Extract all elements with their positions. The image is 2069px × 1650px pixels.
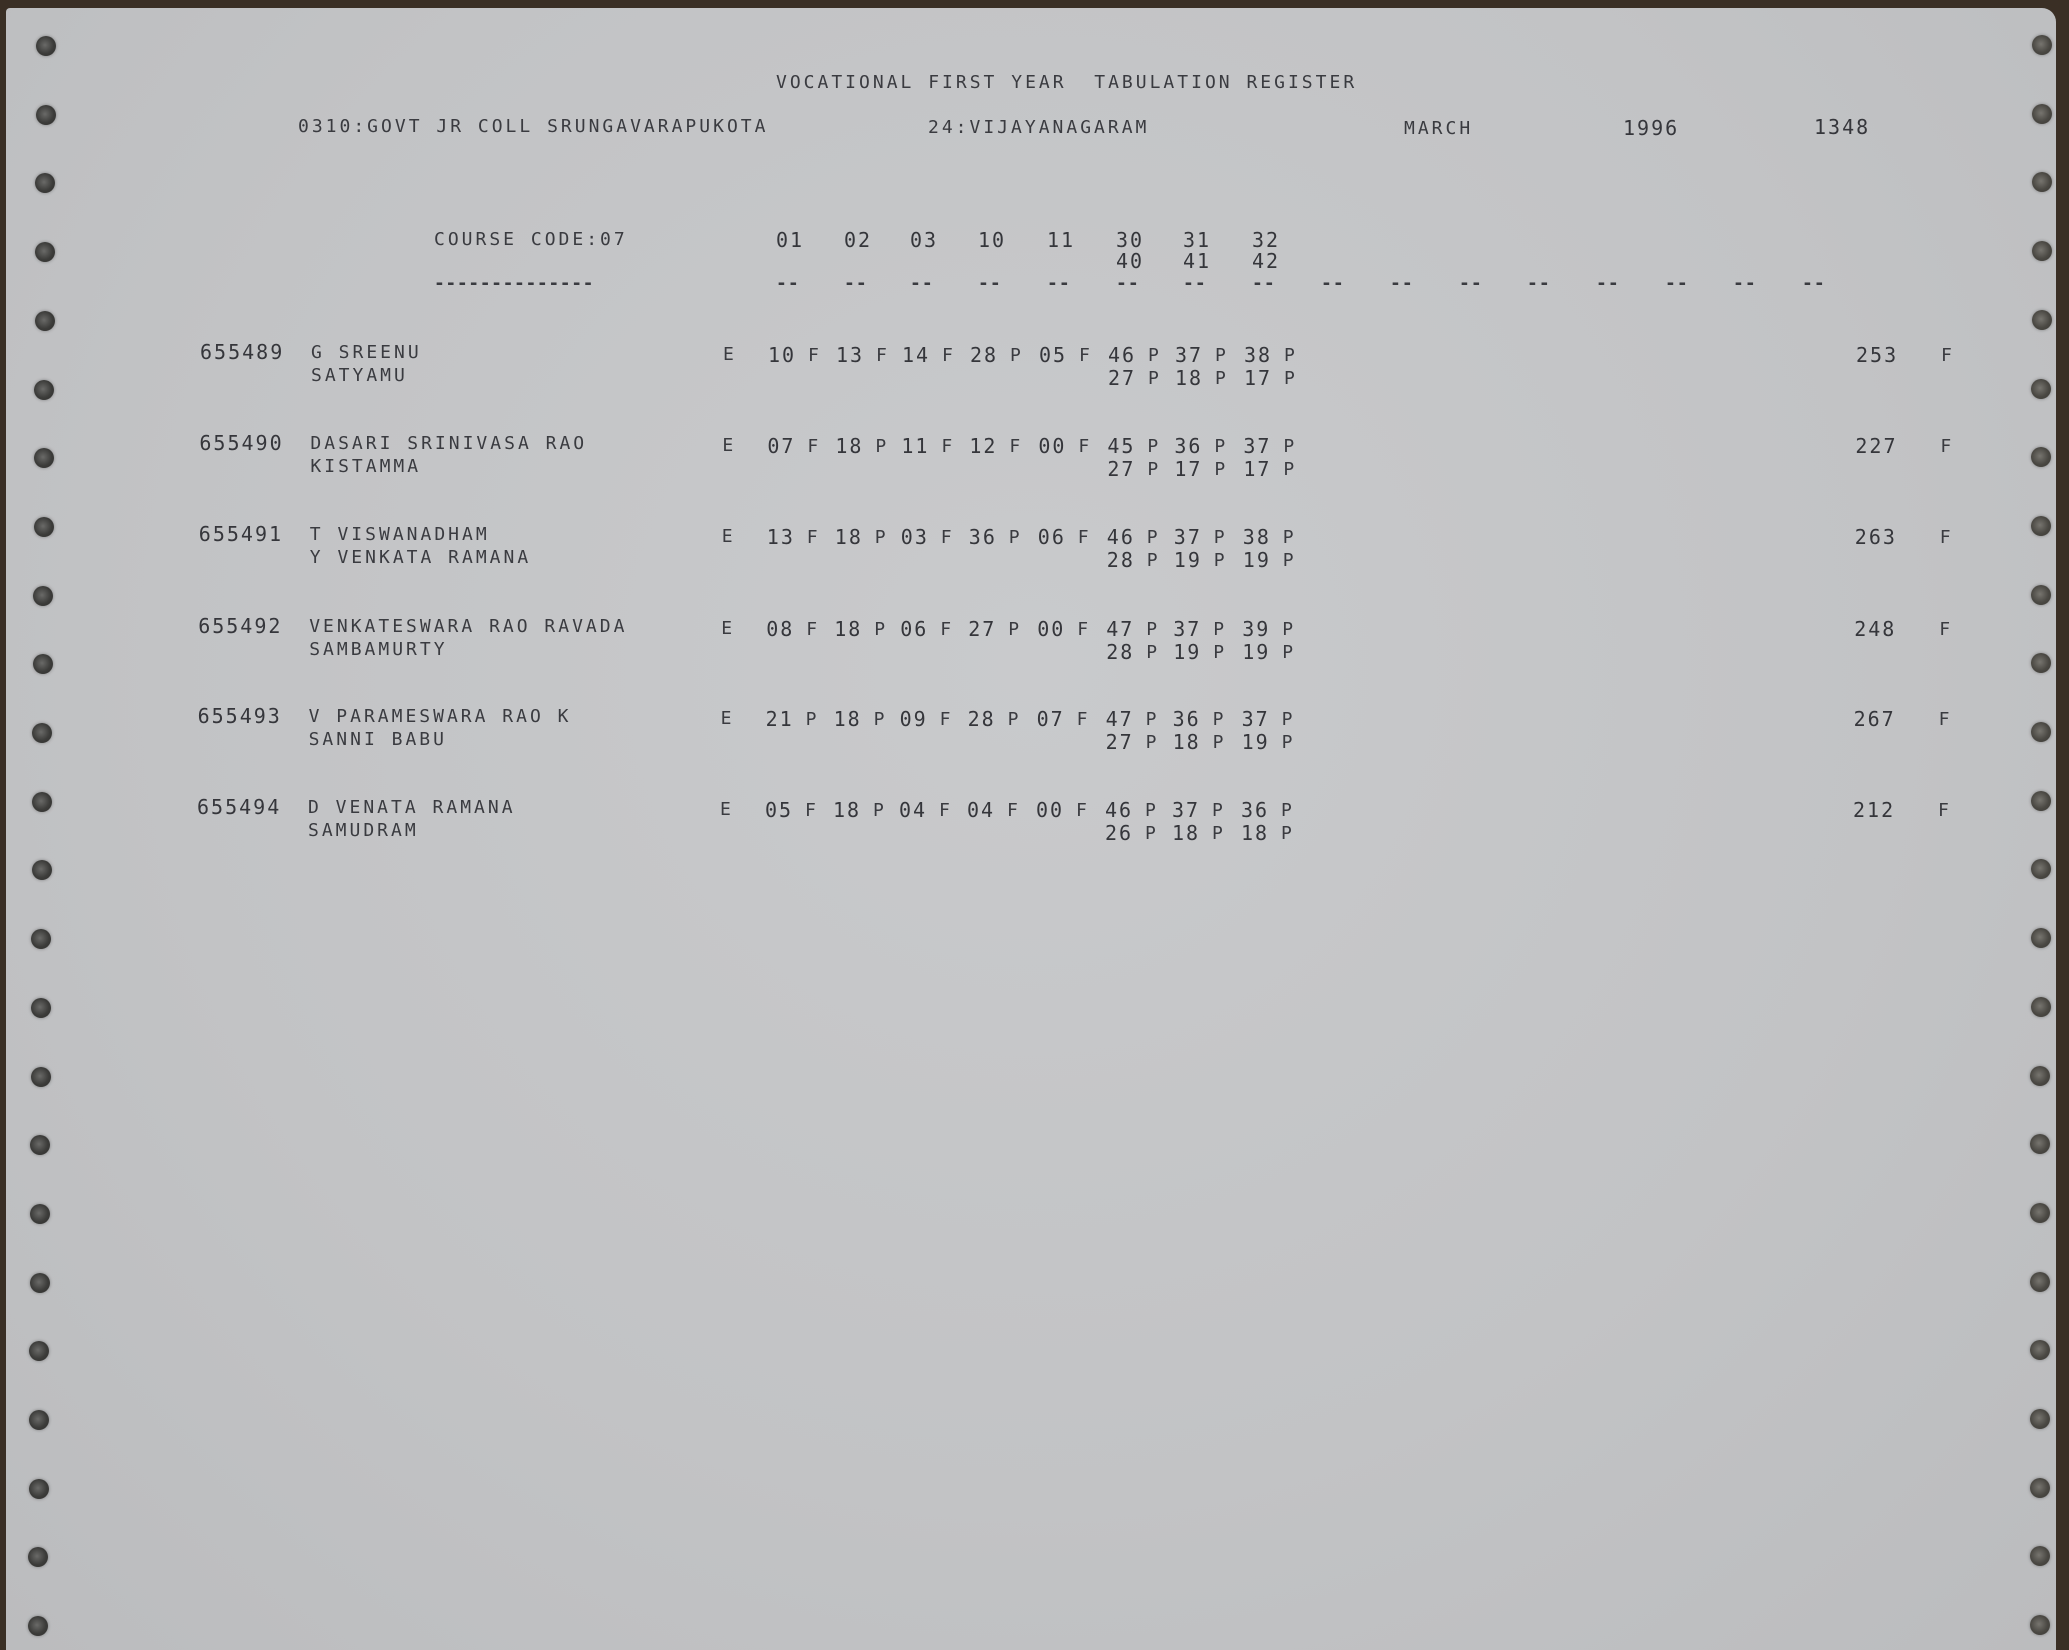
registration-number: 655491 (199, 524, 283, 544)
tractor-feed-hole-icon (29, 1479, 49, 1499)
total-marks: 248 (1854, 619, 1896, 639)
tractor-feed-hole-icon (31, 929, 51, 949)
subject-mark: 27 (1108, 368, 1136, 388)
parent-name: KISTAMMA (310, 457, 421, 477)
subject-mark: 00 (1038, 436, 1066, 456)
column-separator: -- (1183, 274, 1207, 294)
course-code-label: COURSE CODE:07 (434, 230, 628, 250)
column-separator: -- (1527, 274, 1551, 294)
subject-result: F (1078, 528, 1092, 548)
subject-result: P (874, 710, 888, 730)
subject-result: F (1077, 620, 1091, 640)
subject-result: P (1282, 733, 1296, 753)
subject-result: P (1284, 346, 1298, 366)
subject-result: F (805, 801, 819, 821)
college-name: 0310:GOVT JR COLL SRUNGAVARAPUKOTA (298, 117, 768, 137)
tractor-feed-hole-icon (2031, 516, 2051, 536)
subject-mark: 07 (1037, 709, 1065, 729)
subject-mark: 08 (766, 619, 794, 639)
subject-result: F (941, 437, 955, 457)
tractor-feed-hole-icon (31, 1067, 51, 1087)
column-separator: -- (1665, 274, 1689, 294)
subject-mark: 13 (836, 345, 864, 365)
registration-number: 655492 (198, 616, 282, 636)
subject-mark: 28 (970, 345, 998, 365)
final-result: F (1938, 801, 1952, 821)
subject-mark: 38 (1243, 527, 1271, 547)
column-separator: -- (1596, 274, 1620, 294)
subject-result: F (941, 528, 955, 548)
subject-result: P (874, 620, 888, 640)
subject-result: P (1213, 733, 1227, 753)
subject-result: P (1214, 551, 1228, 571)
subject-result: P (1008, 710, 1022, 730)
page-number: 1348 (1814, 117, 1870, 137)
subject-mark: 37 (1172, 800, 1200, 820)
subject-mark: 27 (968, 619, 996, 639)
parent-name: SANNI BABU (309, 730, 447, 750)
subject-code: 03 (910, 230, 938, 250)
tractor-feed-hole-icon (34, 517, 54, 537)
tractor-feed-hole-icon (34, 380, 54, 400)
tractor-feed-hole-icon (2030, 1203, 2050, 1223)
student-name: DASARI SRINIVASA RAO (310, 434, 587, 454)
medium-code: E (721, 619, 735, 639)
subject-mark: 19 (1242, 642, 1270, 662)
subject-result: P (1147, 437, 1161, 457)
subject-mark: 04 (899, 800, 927, 820)
subject-mark: 18 (835, 527, 863, 547)
tractor-feed-hole-icon (2031, 791, 2051, 811)
subject-result: P (1147, 528, 1161, 548)
subject-mark: 06 (900, 619, 928, 639)
registration-number: 655494 (197, 797, 281, 817)
subject-mark: 19 (1173, 642, 1201, 662)
subject-mark: 12 (969, 436, 997, 456)
medium-code: E (723, 345, 737, 365)
subject-result: P (875, 528, 889, 548)
final-result: F (1939, 710, 1953, 730)
subject-mark: 47 (1106, 619, 1134, 639)
tractor-feed-hole-icon (2030, 1478, 2050, 1498)
subject-mark: 17 (1243, 459, 1271, 479)
tractor-feed-hole-icon (2031, 585, 2051, 605)
tractor-feed-hole-icon (2030, 1546, 2050, 1566)
subject-result: P (1283, 528, 1297, 548)
subject-result: P (1008, 620, 1022, 640)
tractor-feed-hole-icon (32, 792, 52, 812)
column-separator: -- (1321, 274, 1345, 294)
tractor-feed-hole-icon (29, 1341, 49, 1361)
column-separator: -- (1116, 274, 1140, 294)
tractor-feed-hole-icon (36, 105, 56, 125)
register-title: VOCATIONAL FIRST YEAR TABULATION REGISTE… (776, 73, 1357, 93)
tractor-feed-hole-icon (2032, 104, 2052, 124)
subject-mark: 03 (901, 527, 929, 547)
column-separator: -- (1390, 274, 1414, 294)
subject-result: F (806, 620, 820, 640)
subject-result: F (807, 528, 821, 548)
subject-result: P (1145, 801, 1159, 821)
subject-result: P (875, 437, 889, 457)
subject-mark: 07 (767, 436, 795, 456)
subject-result: P (1213, 620, 1227, 640)
column-separator: -- (844, 274, 868, 294)
column-separator: -- (978, 274, 1002, 294)
column-separator: -- (1733, 274, 1757, 294)
column-separator: -- (1047, 274, 1071, 294)
subject-result: F (807, 437, 821, 457)
registration-number: 655490 (199, 433, 283, 453)
subject-result: P (1215, 346, 1229, 366)
subject-result: F (940, 620, 954, 640)
subject-mark: 36 (969, 527, 997, 547)
tractor-feed-hole-icon (2030, 1272, 2050, 1292)
subject-mark: 46 (1105, 800, 1133, 820)
subject-result: P (1145, 824, 1159, 844)
tractor-feed-hole-icon (2032, 241, 2052, 261)
subject-result: F (876, 346, 890, 366)
medium-code: E (721, 709, 735, 729)
subject-result: P (1212, 824, 1226, 844)
tractor-feed-hole-icon (36, 36, 56, 56)
tractor-feed-hole-icon (32, 723, 52, 743)
subject-result: P (873, 801, 887, 821)
subject-result: P (1283, 437, 1297, 457)
total-marks: 212 (1853, 800, 1895, 820)
student-name: D VENATA RAMANA (308, 798, 516, 818)
tractor-feed-hole-icon (2032, 172, 2052, 192)
subject-mark: 18 (1175, 368, 1203, 388)
printout-sheet: VOCATIONAL FIRST YEAR TABULATION REGISTE… (6, 8, 2056, 1650)
tractor-feed-hole-icon (2030, 1409, 2050, 1429)
course-code-underline: -------------- (434, 274, 594, 294)
subject-result: F (808, 346, 822, 366)
subject-mark: 27 (1107, 459, 1135, 479)
subject-result: F (1078, 437, 1092, 457)
column-separator: -- (1459, 274, 1483, 294)
subject-result: F (1009, 437, 1023, 457)
medium-code: E (720, 800, 734, 820)
district-name: 24:VIJAYANAGARAM (928, 118, 1149, 138)
subject-mark: 05 (765, 800, 793, 820)
subject-mark: 17 (1174, 459, 1202, 479)
tractor-feed-hole-icon (35, 242, 55, 262)
subject-mark: 46 (1107, 527, 1135, 547)
total-marks: 227 (1855, 436, 1897, 456)
subject-result: P (1148, 346, 1162, 366)
subject-mark: 39 (1242, 619, 1270, 639)
parent-name: SATYAMU (311, 366, 408, 386)
final-result: F (1941, 346, 1955, 366)
subject-mark: 45 (1107, 436, 1135, 456)
subject-mark: 37 (1243, 436, 1271, 456)
subject-result: P (1213, 710, 1227, 730)
subject-code: 30 (1116, 230, 1144, 250)
parent-name: SAMUDRAM (308, 821, 419, 841)
subject-result: F (1076, 801, 1090, 821)
subject-mark: 17 (1244, 368, 1272, 388)
subject-code: 32 (1252, 230, 1280, 250)
tractor-feed-hole-icon (2031, 859, 2051, 879)
tractor-feed-hole-icon (2030, 1134, 2050, 1154)
tractor-feed-hole-icon (2031, 928, 2051, 948)
subject-result: P (806, 710, 820, 730)
subject-mark: 14 (902, 345, 930, 365)
subject-mark: 10 (768, 345, 796, 365)
subject-mark: 00 (1036, 800, 1064, 820)
tractor-feed-hole-icon (30, 1204, 50, 1224)
total-marks: 263 (1855, 527, 1897, 547)
subject-mark: 19 (1242, 732, 1270, 752)
tractor-feed-hole-icon (34, 448, 54, 468)
student-name: T VISWANADHAM (310, 525, 490, 545)
subject-code: 10 (978, 230, 1006, 250)
subject-mark: 21 (766, 709, 794, 729)
subject-code: 01 (776, 230, 804, 250)
tractor-feed-hole-icon (29, 1410, 49, 1430)
subject-mark: 37 (1242, 709, 1270, 729)
subject-result: F (939, 801, 953, 821)
exam-year: 1996 (1623, 118, 1679, 138)
medium-code: E (722, 436, 736, 456)
subject-result: P (1281, 824, 1295, 844)
subject-mark: 19 (1174, 550, 1202, 570)
subject-code: 11 (1047, 230, 1075, 250)
subject-result: F (1077, 710, 1091, 730)
final-result: F (1940, 528, 1954, 548)
parent-name: Y VENKATA RAMANA (310, 548, 531, 568)
student-name: VENKATESWARA RAO RAVADA (309, 617, 627, 637)
subject-mark: 19 (1243, 550, 1271, 570)
tractor-feed-hole-icon (2030, 1615, 2050, 1635)
tractor-feed-hole-icon (30, 1135, 50, 1155)
subject-mark: 09 (900, 709, 928, 729)
subject-code: 31 (1183, 230, 1211, 250)
total-marks: 267 (1854, 709, 1896, 729)
tractor-feed-hole-icon (35, 311, 55, 331)
subject-result: F (942, 346, 956, 366)
subject-result: P (1282, 710, 1296, 730)
subject-result: P (1146, 643, 1160, 663)
tractor-feed-hole-icon (31, 998, 51, 1018)
subject-mark: 38 (1244, 345, 1272, 365)
subject-result: P (1214, 528, 1228, 548)
subject-mark: 13 (767, 527, 795, 547)
tractor-feed-hole-icon (33, 654, 53, 674)
subject-result: P (1148, 369, 1162, 389)
subject-mark: 00 (1037, 619, 1065, 639)
tractor-feed-hole-icon (28, 1616, 48, 1636)
subject-mark: 46 (1108, 345, 1136, 365)
subject-result: P (1214, 460, 1228, 480)
subject-mark: 18 (1172, 823, 1200, 843)
subject-result: P (1215, 369, 1229, 389)
subject-result: P (1146, 710, 1160, 730)
subject-code-secondary: 41 (1183, 251, 1211, 271)
tractor-feed-hole-icon (35, 173, 55, 193)
registration-number: 655493 (198, 706, 282, 726)
student-name: V PARAMESWARA RAO K (309, 707, 572, 727)
subject-mark: 18 (1241, 823, 1269, 843)
tractor-feed-hole-icon (30, 1273, 50, 1293)
subject-mark: 28 (968, 709, 996, 729)
subject-mark: 18 (833, 800, 861, 820)
tractor-feed-hole-icon (2031, 653, 2051, 673)
subject-mark: 26 (1105, 823, 1133, 843)
tractor-feed-hole-icon (2031, 997, 2051, 1017)
subject-mark: 18 (834, 619, 862, 639)
tractor-feed-hole-icon (32, 860, 52, 880)
subject-mark: 11 (901, 436, 929, 456)
subject-result: P (1283, 551, 1297, 571)
tractor-feed-hole-icon (2030, 1066, 2050, 1086)
subject-result: P (1214, 437, 1228, 457)
tractor-feed-hole-icon (28, 1547, 48, 1567)
final-result: F (1939, 620, 1953, 640)
parent-name: SAMBAMURTY (309, 640, 447, 660)
tractor-feed-hole-icon (2032, 35, 2052, 55)
subject-result: P (1146, 733, 1160, 753)
subject-mark: 06 (1038, 527, 1066, 547)
column-separator: -- (1802, 274, 1826, 294)
subject-result: F (1007, 801, 1021, 821)
subject-mark: 37 (1174, 527, 1202, 547)
subject-result: P (1147, 460, 1161, 480)
subject-code-secondary: 42 (1252, 251, 1280, 271)
subject-result: P (1212, 801, 1226, 821)
subject-result: P (1213, 643, 1227, 663)
subject-mark: 28 (1107, 550, 1135, 570)
subject-result: P (1147, 551, 1161, 571)
subject-mark: 36 (1173, 709, 1201, 729)
subject-mark: 05 (1039, 345, 1067, 365)
subject-code: 02 (844, 230, 872, 250)
tractor-feed-hole-icon (2030, 1340, 2050, 1360)
column-separator: -- (1252, 274, 1276, 294)
subject-code-secondary: 40 (1116, 251, 1144, 271)
subject-result: F (1079, 346, 1093, 366)
subject-mark: 47 (1106, 709, 1134, 729)
subject-result: P (1009, 528, 1023, 548)
subject-mark: 18 (834, 709, 862, 729)
subject-result: P (1284, 369, 1298, 389)
subject-result: F (940, 710, 954, 730)
subject-result: P (1283, 460, 1297, 480)
subject-result: P (1281, 801, 1295, 821)
subject-mark: 37 (1173, 619, 1201, 639)
subject-result: P (1282, 643, 1296, 663)
final-result: F (1940, 437, 1954, 457)
subject-mark: 28 (1106, 642, 1134, 662)
column-separator: -- (776, 274, 800, 294)
total-marks: 253 (1856, 345, 1898, 365)
subject-mark: 36 (1174, 436, 1202, 456)
subject-mark: 27 (1106, 732, 1134, 752)
tractor-feed-hole-icon (2031, 722, 2051, 742)
subject-mark: 18 (835, 436, 863, 456)
subject-mark: 04 (967, 800, 995, 820)
subject-mark: 18 (1173, 732, 1201, 752)
registration-number: 655489 (200, 342, 284, 362)
tractor-feed-hole-icon (33, 586, 53, 606)
subject-mark: 37 (1175, 345, 1203, 365)
subject-result: P (1146, 620, 1160, 640)
tractor-feed-hole-icon (2031, 447, 2051, 467)
subject-result: P (1282, 620, 1296, 640)
student-name: G SREENU (311, 343, 422, 363)
subject-mark: 36 (1241, 800, 1269, 820)
subject-result: P (1010, 346, 1024, 366)
column-separator: -- (910, 274, 934, 294)
tractor-feed-hole-icon (2031, 379, 2051, 399)
medium-code: E (722, 527, 736, 547)
tractor-feed-hole-icon (2032, 310, 2052, 330)
exam-month: MARCH (1404, 119, 1473, 139)
